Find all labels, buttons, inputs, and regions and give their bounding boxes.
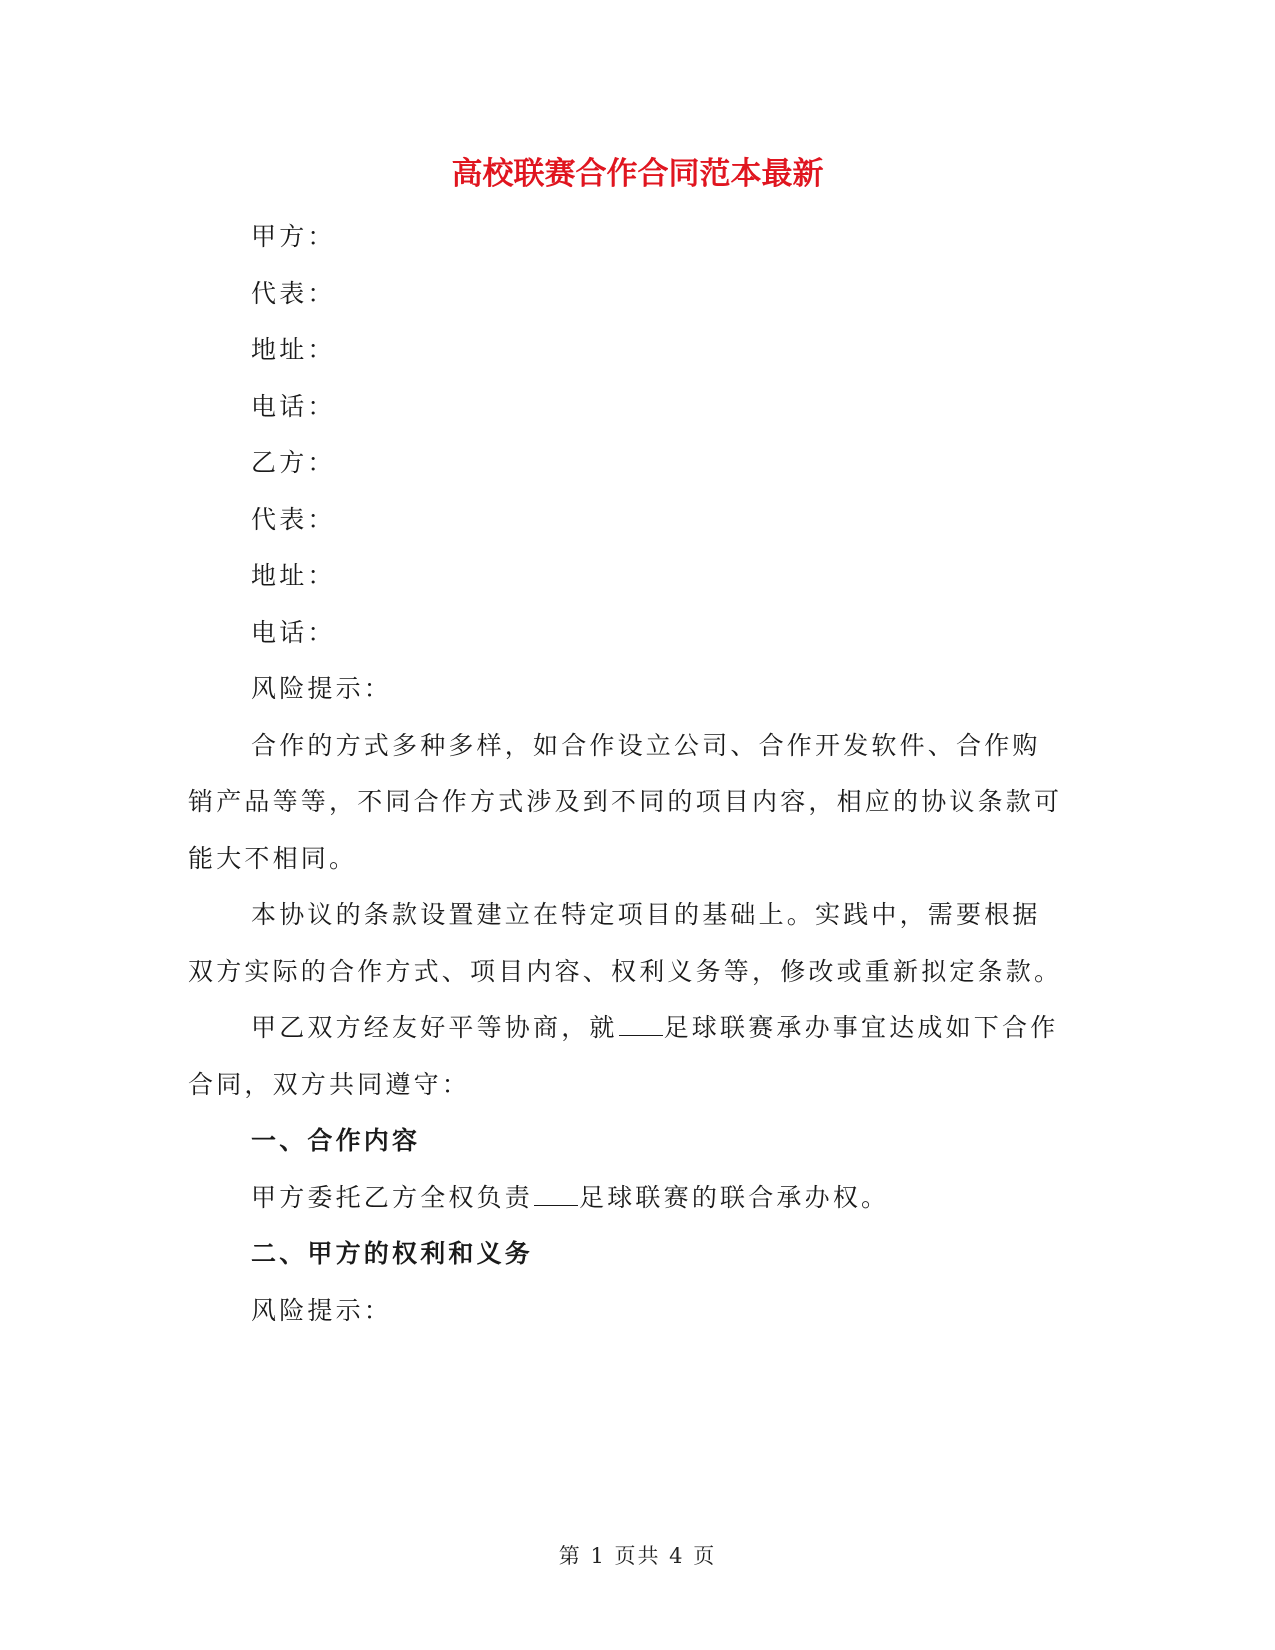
section-2-heading: 二、甲方的权利和义务 [188, 1226, 1068, 1283]
document-body: 甲方： 代表： 地址： 电话： 乙方： 代表： 地址： 电话： 风险提示： 合作… [188, 209, 1068, 1339]
document-page: 高校联赛合作合同范本最新 甲方： 代表： 地址： 电话： 乙方： 代表： 地址：… [0, 0, 1275, 1650]
section-1-text: 甲方委托乙方全权负责足球联赛的联合承办权。 [188, 1170, 1068, 1227]
blank-field [619, 1017, 663, 1036]
risk-label: 风险提示： [188, 661, 1068, 718]
party-a-representative: 代表： [188, 266, 1068, 323]
party-b-representative: 代表： [188, 492, 1068, 549]
party-a-address: 地址： [188, 322, 1068, 379]
party-a-phone: 电话： [188, 379, 1068, 436]
risk-paragraph-1: 合作的方式多种多样，如合作设立公司、合作开发软件、合作购销产品等等，不同合作方式… [188, 718, 1068, 888]
page-footer: 第 1 页共 4 页 [0, 1540, 1275, 1570]
section-1-text-after: 足球联赛的联合承办权。 [579, 1183, 889, 1212]
intro-paragraph: 甲乙双方经友好平等协商，就足球联赛承办事宜达成如下合作合同，双方共同遵守： [188, 1000, 1068, 1113]
party-a-label: 甲方： [188, 209, 1068, 266]
party-b-label: 乙方： [188, 435, 1068, 492]
risk-label-2: 风险提示： [188, 1283, 1068, 1340]
risk-paragraph-2: 本协议的条款设置建立在特定项目的基础上。实践中，需要根据双方实际的合作方式、项目… [188, 887, 1068, 1000]
section-1-text-before: 甲方委托乙方全权负责 [251, 1183, 533, 1212]
blank-field [534, 1187, 578, 1206]
party-b-phone: 电话： [188, 605, 1068, 662]
intro-text-before: 甲乙双方经友好平等协商，就 [251, 1013, 618, 1042]
section-1-heading: 一、合作内容 [188, 1113, 1068, 1170]
document-title: 高校联赛合作合同范本最新 [0, 148, 1275, 193]
party-b-address: 地址： [188, 548, 1068, 605]
